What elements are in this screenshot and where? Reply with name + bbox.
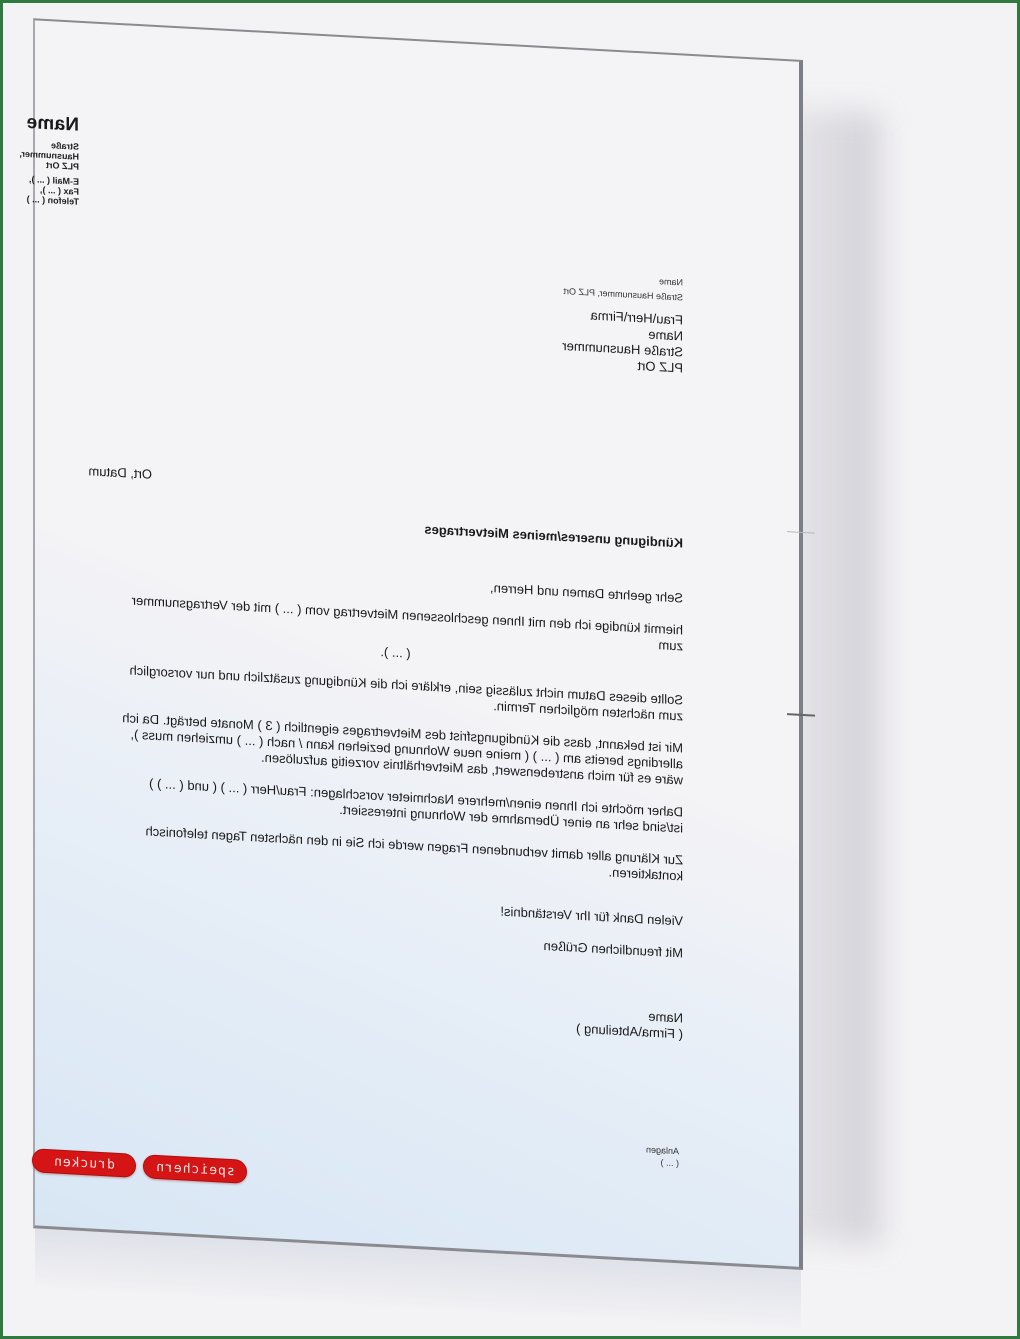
sender-name: Name xyxy=(19,112,79,137)
subject-line: Kündigung unseres/meines Mietvertrages xyxy=(424,521,683,550)
save-button[interactable]: speichern xyxy=(143,1154,247,1184)
sender-block: Name Straße Hausnummer, PLZ Ort E-Mail (… xyxy=(19,112,79,207)
recipient-block: Name Straße Hausnummer, PLZ Ort Frau\Her… xyxy=(562,269,683,377)
closing-line: Mit freundlichen Grüßen xyxy=(500,936,683,962)
closing-block: Vielen Dank für Ihr Verständnis! Mit fre… xyxy=(500,904,683,978)
attachments-label: Anlagen xyxy=(646,1143,679,1157)
save-button-label: speichern xyxy=(155,1159,234,1178)
letter-page: Name Straße Hausnummer, PLZ Ort E-Mail (… xyxy=(33,18,803,1270)
attachments-value: ( ... ) xyxy=(646,1155,679,1169)
date-line: Ort, Datum xyxy=(88,463,152,481)
sender-contact: E-Mail ( ... ), Fax ( ... ), Telefon ( .… xyxy=(19,174,79,207)
mirrored-document-stage: Name Straße Hausnummer, PLZ Ort E-Mail (… xyxy=(0,0,1020,1339)
fold-mark xyxy=(787,531,815,534)
letter-body: Sehr geehrte Damen und Herren, hiermit k… xyxy=(108,559,683,900)
print-button-label: drucken xyxy=(53,1154,115,1172)
attachments-block: Anlagen ( ... ) xyxy=(646,1143,679,1169)
print-button[interactable]: drucken xyxy=(32,1148,136,1178)
paragraph: Mir ist bekannt, dass die Kündigungsfris… xyxy=(108,709,683,788)
thanks-line: Vielen Dank für Ihr Verständnis! xyxy=(500,904,683,930)
sender-address: Straße Hausnummer, PLZ Ort xyxy=(19,139,79,172)
signature-block: Name ( Firma\Abteilung ) xyxy=(576,1005,683,1043)
punch-mark xyxy=(787,713,815,717)
